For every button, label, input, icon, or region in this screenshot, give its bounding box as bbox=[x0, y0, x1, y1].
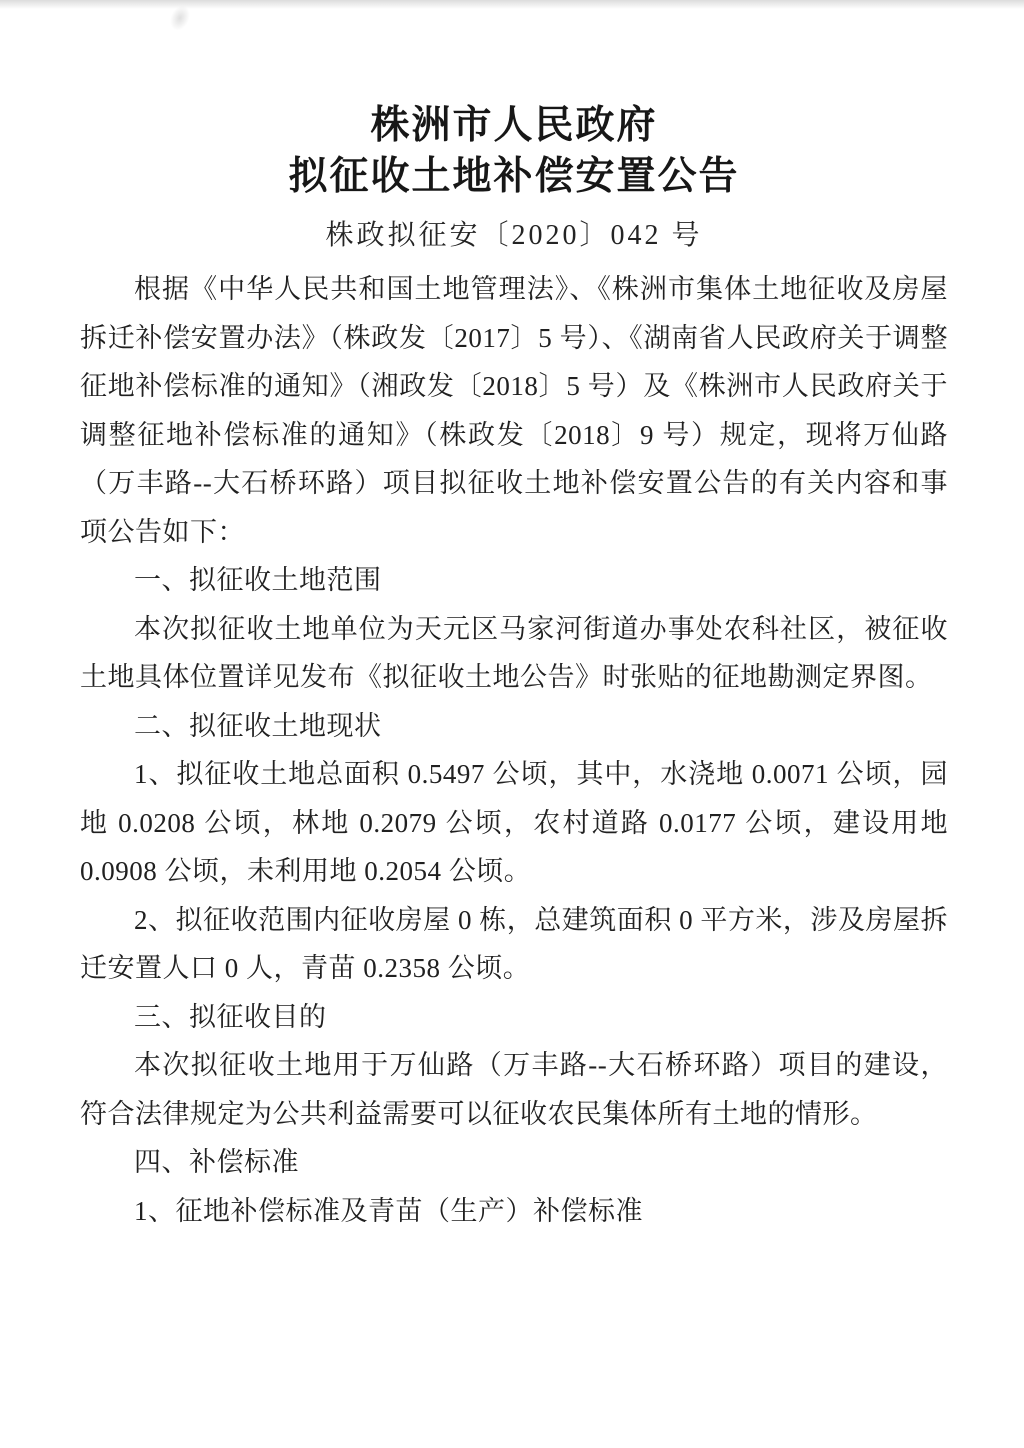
paragraph-housing-details: 2、拟征收范围内征收房屋 0 栋，总建筑面积 0 平方米，涉及房屋拆迁安置人口 … bbox=[80, 896, 948, 993]
heading-section-4-compensation: 四、补偿标准 bbox=[80, 1138, 948, 1187]
paragraph-land-area-details: 1、拟征收土地总面积 0.5497 公顷，其中，水浇地 0.0071 公顷，园地… bbox=[80, 750, 948, 896]
paragraph-acquisition-purpose: 本次拟征收土地用于万仙路（万丰路--大石桥环路）项目的建设，符合法律规定为公共利… bbox=[80, 1041, 948, 1138]
heading-section-3-purpose: 三、拟征收目的 bbox=[80, 993, 948, 1042]
heading-section-1-scope: 一、拟征收土地范围 bbox=[80, 556, 948, 605]
document-content: 株洲市人民政府 拟征收土地补偿安置公告 株政拟征安〔2020〕042 号 根据《… bbox=[80, 0, 948, 1235]
paragraph-legal-basis: 根据《中华人民共和国土地管理法》、《株洲市集体土地征收及房屋拆迁补偿安置办法》（… bbox=[80, 265, 948, 556]
document-title-line1: 株洲市人民政府 bbox=[80, 100, 948, 151]
document-number: 株政拟征安〔2020〕042 号 bbox=[80, 219, 948, 253]
paragraph-compensation-standard-item: 1、征地补偿标准及青苗（生产）补偿标准 bbox=[80, 1187, 948, 1236]
paragraph-land-scope: 本次拟征收土地单位为天元区马家河街道办事处农科社区，被征收土地具体位置详见发布《… bbox=[80, 605, 948, 702]
document-title-line2: 拟征收土地补偿安置公告 bbox=[80, 151, 948, 202]
scanned-document-page: 株洲市人民政府 拟征收土地补偿安置公告 株政拟征安〔2020〕042 号 根据《… bbox=[0, 0, 1024, 1448]
heading-section-2-status: 二、拟征收土地现状 bbox=[80, 702, 948, 751]
document-body: 根据《中华人民共和国土地管理法》、《株洲市集体土地征收及房屋拆迁补偿安置办法》（… bbox=[80, 265, 948, 1235]
